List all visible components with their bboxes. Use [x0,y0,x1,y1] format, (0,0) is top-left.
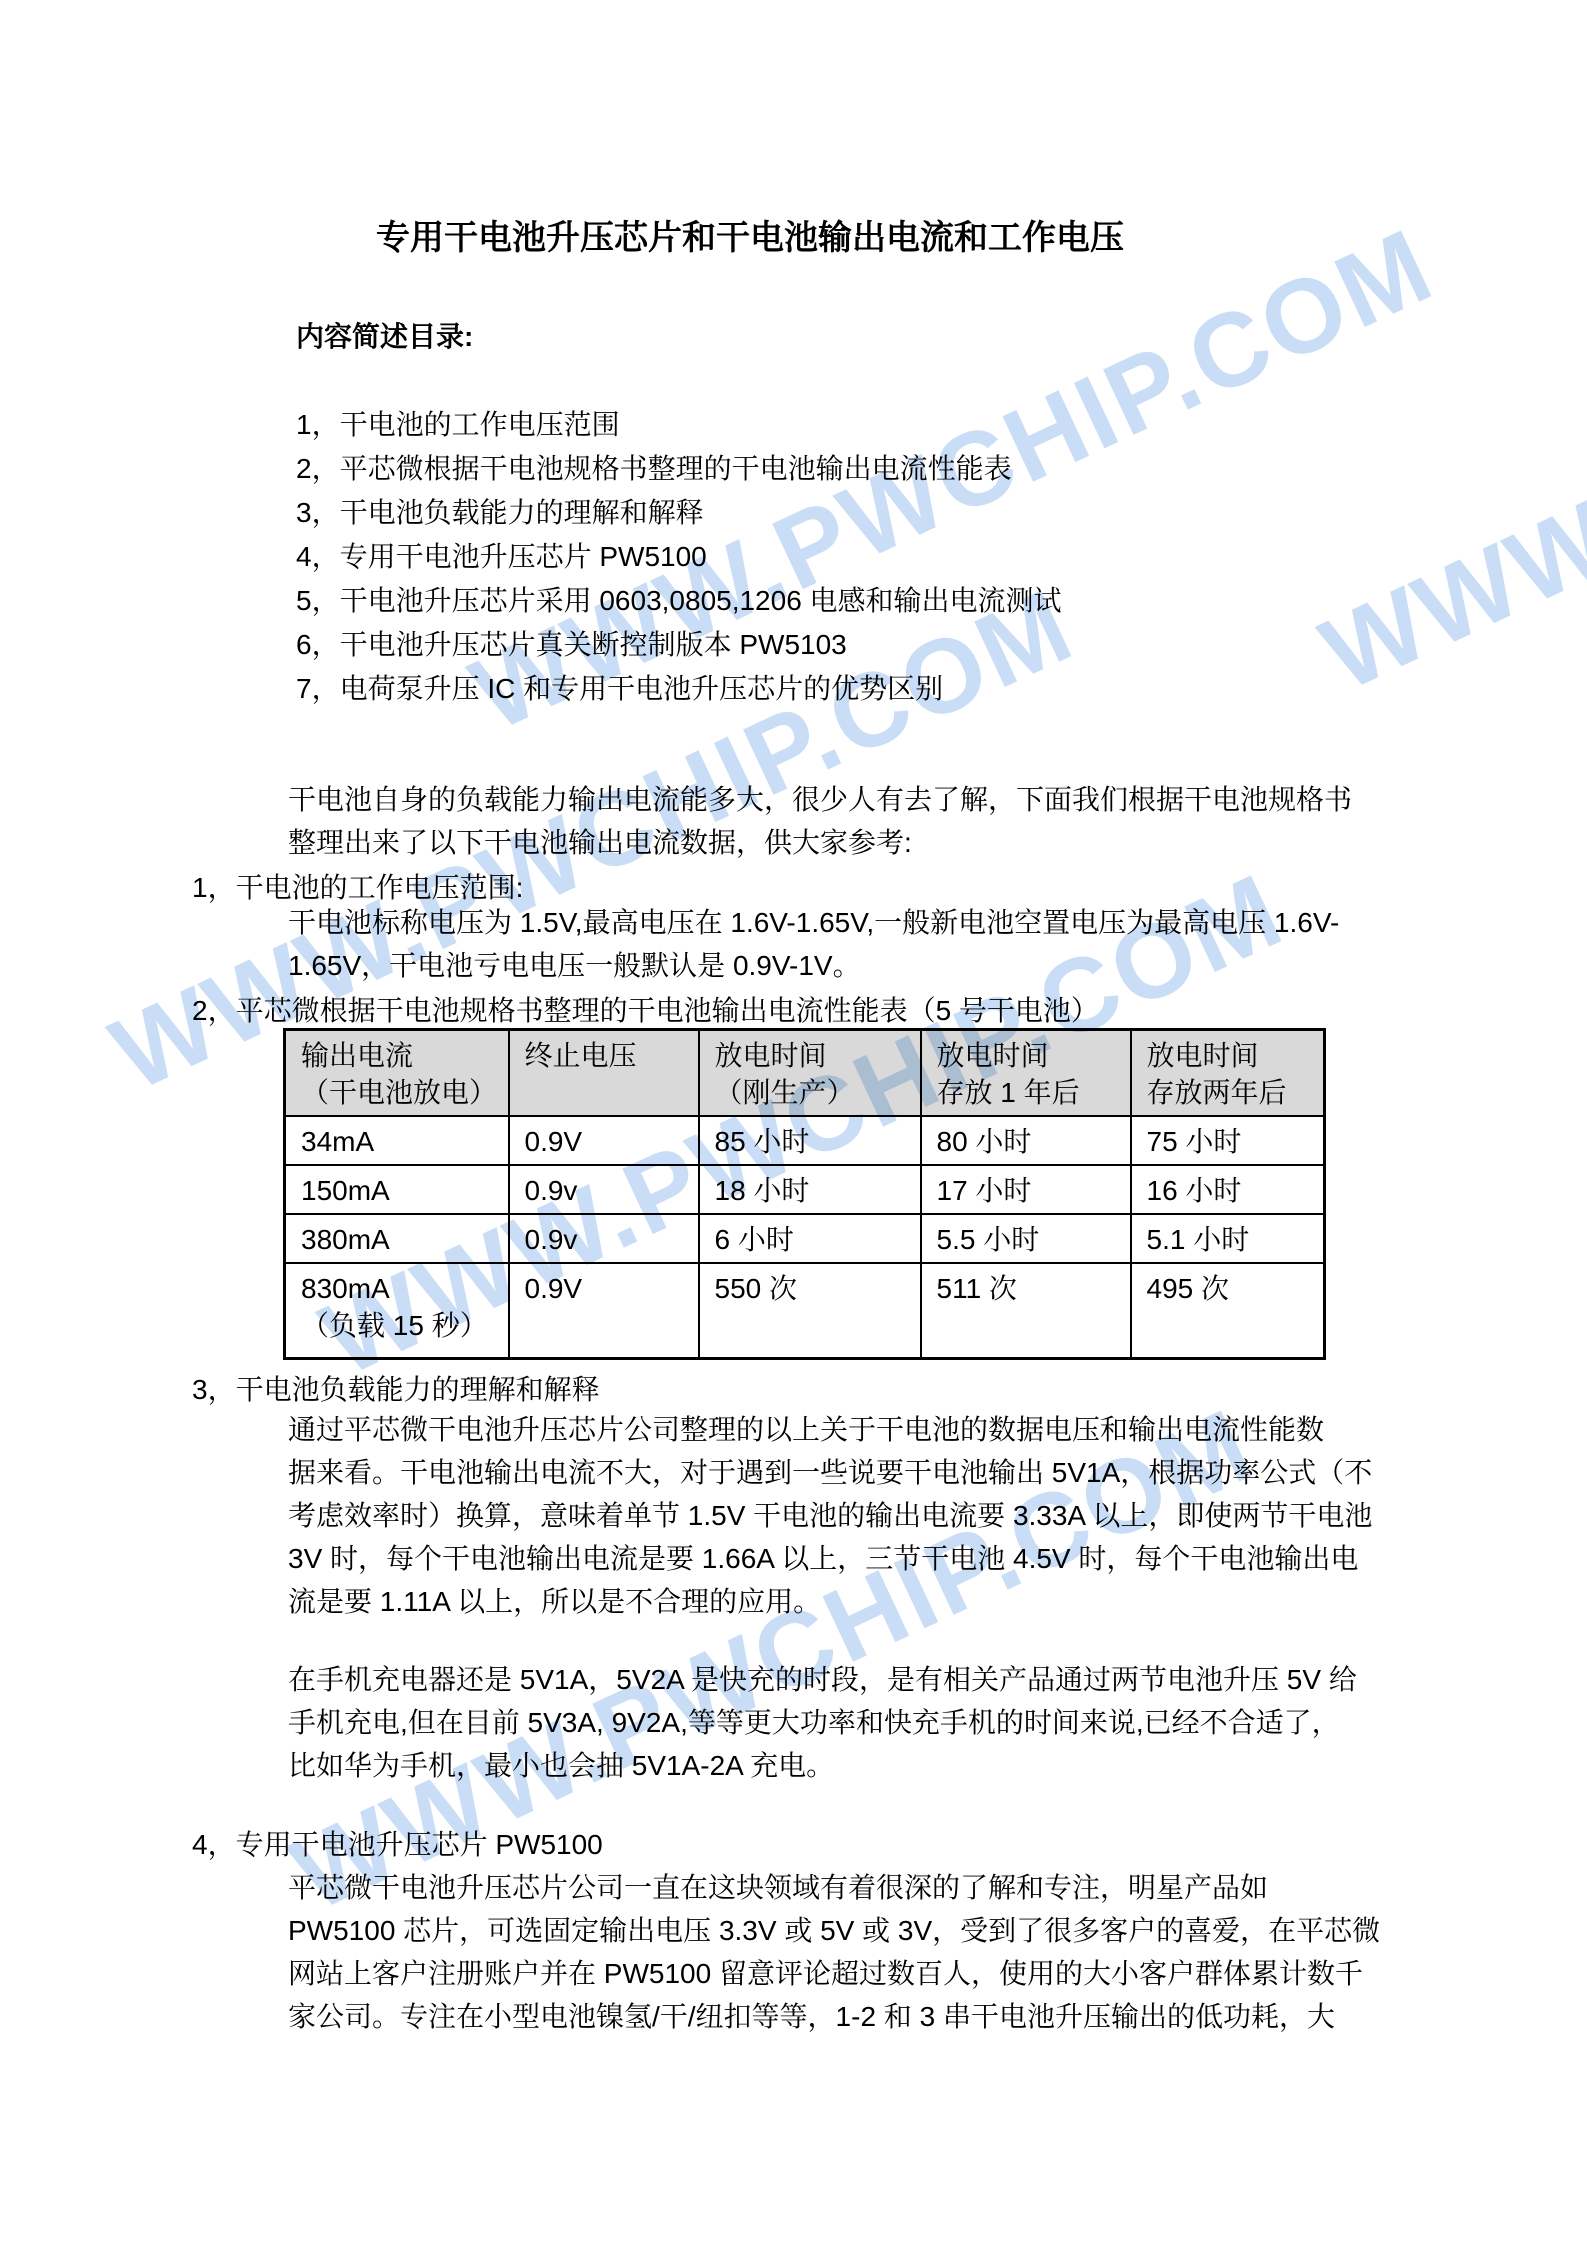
table-cell: 495 次 [1131,1263,1325,1358]
toc-heading: 内容简述目录: [296,315,473,358]
table-header-row: 输出电流 （干电池放电） 终止电压 放电时间 （刚生产） 放电时间 存放 1 年… [285,1030,1325,1117]
document-page: WWW.PWCHIP.COM WWW.PWCHIP.COM WWW.PWCHIP… [0,0,1587,2245]
table-row: 380mA 0.9v 6 小时 5.5 小时 5.1 小时 [285,1214,1325,1263]
toc-list: 1，干电池的工作电压范围 2，平芯微根据干电池规格书整理的干电池输出电流性能表 … [296,403,1062,711]
table-cell: 5.1 小时 [1131,1214,1325,1263]
toc-item: 2，平芯微根据干电池规格书整理的干电池输出电流性能表 [296,447,1062,491]
toc-item: 6，干电池升压芯片真关断控制版本 PW5103 [296,623,1062,667]
table-cell: 80 小时 [921,1116,1131,1165]
table-cell: 150mA [285,1165,509,1214]
table-cell: 0.9v [509,1214,699,1263]
table-cell: 16 小时 [1131,1165,1325,1214]
toc-item: 4，专用干电池升压芯片 PW5100 [296,535,1062,579]
section3-heading: 3，干电池负载能力的理解和解释 [192,1368,600,1411]
toc-item: 5，干电池升压芯片采用 0603,0805,1206 电感和输出电流测试 [296,579,1062,623]
table-cell: 17 小时 [921,1165,1131,1214]
table-cell: 18 小时 [699,1165,921,1214]
table-cell: 75 小时 [1131,1116,1325,1165]
charger-paragraph: 在手机充电器还是 5V1A，5V2A 是快充的时段，是有相关产品通过两节电池升压… [288,1658,1357,1787]
toc-item: 1，干电池的工作电压范围 [296,403,1062,447]
table-cell: 380mA [285,1214,509,1263]
table-header-cell: 放电时间 存放两年后 [1131,1030,1325,1117]
table-cell: 830mA （负载 15 秒） [285,1263,509,1358]
table-header-cell: 输出电流 （干电池放电） [285,1030,509,1117]
table-row: 150mA 0.9v 18 小时 17 小时 16 小时 [285,1165,1325,1214]
table-header-cell: 放电时间 （刚生产） [699,1030,921,1117]
section2-heading: 2，平芯微根据干电池规格书整理的干电池输出电流性能表（5 号干电池） [192,989,1099,1032]
section4-body: 平芯微干电池升压芯片公司一直在这块领域有着很深的了解和专注，明星产品如 PW51… [288,1866,1380,2038]
table-cell: 6 小时 [699,1214,921,1263]
document-title: 专用干电池升压芯片和干电池输出电流和工作电压 [376,216,1124,260]
table-cell: 85 小时 [699,1116,921,1165]
section4-heading: 4，专用干电池升压芯片 PW5100 [192,1823,603,1866]
table-cell: 0.9v [509,1165,699,1214]
section3-body: 通过平芯微干电池升压芯片公司整理的以上关于干电池的数据电压和输出电流性能数 据来… [288,1408,1372,1623]
watermark-text: WWW.PWCHIP.COM [1308,172,1587,708]
battery-performance-table: 输出电流 （干电池放电） 终止电压 放电时间 （刚生产） 放电时间 存放 1 年… [283,1028,1326,1360]
toc-item: 7，电荷泵升压 IC 和专用干电池升压芯片的优势区别 [296,667,1062,711]
intro-paragraph: 干电池自身的负载能力输出电流能多大，很少人有去了解，下面我们根据干电池规格书 整… [288,778,1352,864]
table-header-cell: 放电时间 存放 1 年后 [921,1030,1131,1117]
table-cell: 0.9V [509,1116,699,1165]
table-cell: 511 次 [921,1263,1131,1358]
table-cell: 34mA [285,1116,509,1165]
table-cell: 5.5 小时 [921,1214,1131,1263]
table-cell: 550 次 [699,1263,921,1358]
section1-body: 干电池标称电压为 1.5V,最高电压在 1.6V-1.65V,一般新电池空置电压… [288,901,1339,987]
table-cell: 0.9V [509,1263,699,1358]
table-row: 34mA 0.9V 85 小时 80 小时 75 小时 [285,1116,1325,1165]
table-header-cell: 终止电压 [509,1030,699,1117]
table-row: 830mA （负载 15 秒） 0.9V 550 次 511 次 495 次 [285,1263,1325,1358]
toc-item: 3，干电池负载能力的理解和解释 [296,491,1062,535]
